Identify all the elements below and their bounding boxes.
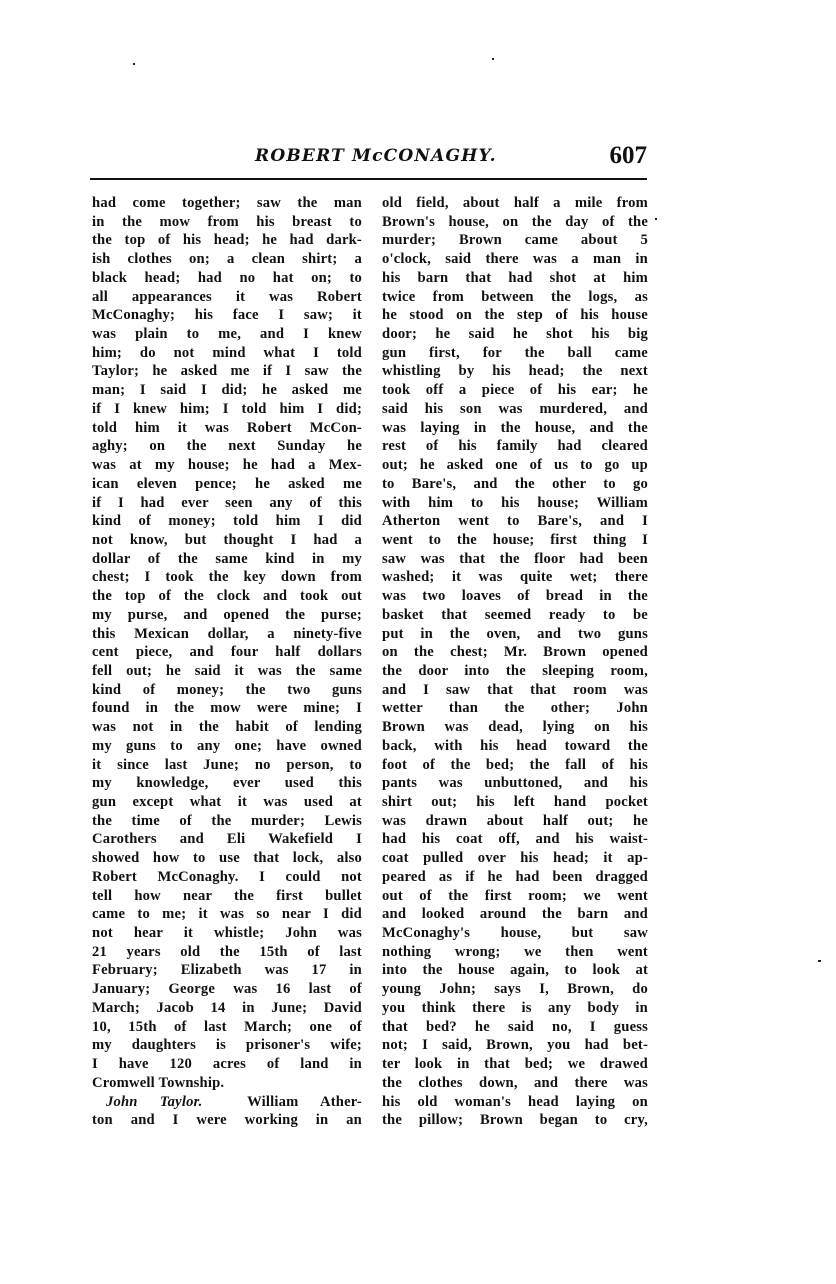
text-line: ton and I were working in an	[92, 1111, 362, 1130]
text-line: to Bare's, and the other to go	[382, 475, 648, 494]
text-line: had come together; saw the man	[92, 194, 362, 213]
text-line: out of the first room; we went	[382, 887, 648, 906]
text-line: had his coat off, and his waist-	[382, 830, 648, 849]
text-line: Brown's house, on the day of the	[382, 213, 648, 232]
text-line: his old woman's head laying on	[382, 1093, 648, 1112]
text-line: Brown was dead, lying on his	[382, 718, 648, 737]
text-line: Carothers and Eli Wakefield I	[92, 830, 362, 849]
text-line: came to me; it was so near I did	[92, 905, 362, 924]
text-line: was not in the habit of lending	[92, 718, 362, 737]
text-line: peared as if he had been dragged	[382, 868, 648, 887]
text-line: ish clothes on; a clean shirt; a	[92, 250, 362, 269]
text-line: him; do not mind what I told	[92, 344, 362, 363]
text-line: twice from between the logs, as	[382, 288, 648, 307]
text-line: took off a piece of his ear; he	[382, 381, 648, 400]
scan-speck	[492, 58, 494, 60]
text-line: fell out; he said it was the same	[92, 662, 362, 681]
text-line: man; I said I did; he asked me	[92, 381, 362, 400]
text-line: Taylor; he asked me if I saw the	[92, 362, 362, 381]
text-line: February; Elizabeth was 17 in	[92, 961, 362, 980]
scan-speck	[133, 63, 135, 65]
text-line: if I had ever seen any of this	[92, 494, 362, 513]
text-line: saw was that the floor had been	[382, 550, 648, 569]
text-line: put in the oven, and two guns	[382, 625, 648, 644]
text-line: he stood on the step of his house	[382, 306, 648, 325]
text-line: dollar of the same kind in my	[92, 550, 362, 569]
text-line: was at my house; he had a Mex-	[92, 456, 362, 475]
scan-speck	[655, 218, 657, 220]
text-line: January; George was 16 last of	[92, 980, 362, 999]
text-line: foot of the bed; the fall of his	[382, 756, 648, 775]
text-line: Cromwell Township.	[92, 1074, 362, 1093]
text-line: was drawn about half out; he	[382, 812, 648, 831]
text-line: all appearances it was Robert	[92, 288, 362, 307]
text-line: gun first, for the ball came	[382, 344, 648, 363]
scan-speck	[818, 960, 821, 962]
text-line: not; I said, Brown, you had bet-	[382, 1036, 648, 1055]
text-line: his barn that had shot at him	[382, 269, 648, 288]
text-line: 10, 15th of last March; one of	[92, 1018, 362, 1037]
text-line: whistling by his head; the next	[382, 362, 648, 381]
text-line: out; he asked one of us to go up	[382, 456, 648, 475]
text-line: washed; it was quite wet; there	[382, 568, 648, 587]
text-line: murder; Brown came about 5	[382, 231, 648, 250]
text-line: the top of the clock and took out	[92, 587, 362, 606]
text-line: wetter than the other; John	[382, 699, 648, 718]
text-line: the pillow; Brown began to cry,	[382, 1111, 648, 1130]
text-line: with him to his house; William	[382, 494, 648, 513]
text-line: black head; had no hat on; to	[92, 269, 362, 288]
text-line: Atherton went to Bare's, and I	[382, 512, 648, 531]
text-line: my knowledge, ever used this	[92, 774, 362, 793]
text-line: the top of his head; he had dark-	[92, 231, 362, 250]
text-line: McConaghy; his face I saw; it	[92, 306, 362, 325]
text-line: and I saw that that room was	[382, 681, 648, 700]
text-line: it since last June; no person, to	[92, 756, 362, 775]
text-line: door; he said he shot his big	[382, 325, 648, 344]
text-line: young John; says I, Brown, do	[382, 980, 648, 999]
text-line: my purse, and opened the purse;	[92, 606, 362, 625]
text-line: if I knew him; I told him I did;	[92, 400, 362, 419]
text-line: was plain to me, and I knew	[92, 325, 362, 344]
text-line: McConaghy's house, but saw	[382, 924, 648, 943]
text-line: Robert McConaghy. I could not	[92, 868, 362, 887]
text-line: my daughters is prisoner's wife;	[92, 1036, 362, 1055]
text-line: went to the house; first thing I	[382, 531, 648, 550]
speaker-name: John Taylor.	[106, 1094, 203, 1110]
text-line: in the mow from his breast to	[92, 213, 362, 232]
page-number: 607	[610, 142, 648, 170]
text-line: back, with his head toward the	[382, 737, 648, 756]
text-line: was two loaves of bread in the	[382, 587, 648, 606]
text-line: found in the mow were mine; I	[92, 699, 362, 718]
text-line: nothing wrong; we then went	[382, 943, 648, 962]
text-line: basket that seemed ready to be	[382, 606, 648, 625]
text-line: said his son was murdered, and	[382, 400, 648, 419]
text-line: ican eleven pence; he asked me	[92, 475, 362, 494]
text-line: I have 120 acres of land in	[92, 1055, 362, 1074]
speaker-text: William Ather-	[247, 1094, 362, 1110]
text-line: the door into the sleeping room,	[382, 662, 648, 681]
text-line: the clothes down, and there was	[382, 1074, 648, 1093]
text-line: was laying in the house, and the	[382, 419, 648, 438]
text-line: into the house again, to look at	[382, 961, 648, 980]
text-line: coat pulled over his head; it ap-	[382, 849, 648, 868]
text-line: that bed? he said no, I guess	[382, 1018, 648, 1037]
text-line: cent piece, and four half dollars	[92, 643, 362, 662]
text-line: gun except what it was used at	[92, 793, 362, 812]
text-line: on the chest; Mr. Brown opened	[382, 643, 648, 662]
text-line: aghy; on the next Sunday he	[92, 437, 362, 456]
text-line: shirt out; his left hand pocket	[382, 793, 648, 812]
text-line: 21 years old the 15th of last	[92, 943, 362, 962]
text-line: o'clock, said there was a man in	[382, 250, 648, 269]
text-line: not hear it whistle; John was	[92, 924, 362, 943]
text-line: rest of his family had cleared	[382, 437, 648, 456]
text-line: chest; I took the key down from	[92, 568, 362, 587]
text-line: this Mexican dollar, a ninety-five	[92, 625, 362, 644]
running-title: ROBERT McCONAGHY.	[255, 146, 497, 166]
left-column: had come together; saw the manin the mow…	[92, 194, 362, 1130]
running-head: ROBERT McCONAGHY. 607	[90, 142, 647, 178]
text-line: and looked around the barn and	[382, 905, 648, 924]
text-line: told him it was Robert McCon-	[92, 419, 362, 438]
text-line: pants was unbuttoned, and his	[382, 774, 648, 793]
speaker-line: John Taylor. William Ather-	[92, 1093, 362, 1112]
text-line: not know, but thought I had a	[92, 531, 362, 550]
text-line: my guns to any one; have owned	[92, 737, 362, 756]
right-column: old field, about half a mile fromBrown's…	[382, 194, 648, 1130]
text-line: March; Jacob 14 in June; David	[92, 999, 362, 1018]
text-line: showed how to use that lock, also	[92, 849, 362, 868]
text-line: kind of money; told him I did	[92, 512, 362, 531]
text-line: kind of money; the two guns	[92, 681, 362, 700]
text-line: ter look in that bed; we drawed	[382, 1055, 648, 1074]
header-rule	[90, 178, 647, 180]
text-line: old field, about half a mile from	[382, 194, 648, 213]
text-line: tell how near the first bullet	[92, 887, 362, 906]
text-line: you think there is any body in	[382, 999, 648, 1018]
text-line: the time of the murder; Lewis	[92, 812, 362, 831]
